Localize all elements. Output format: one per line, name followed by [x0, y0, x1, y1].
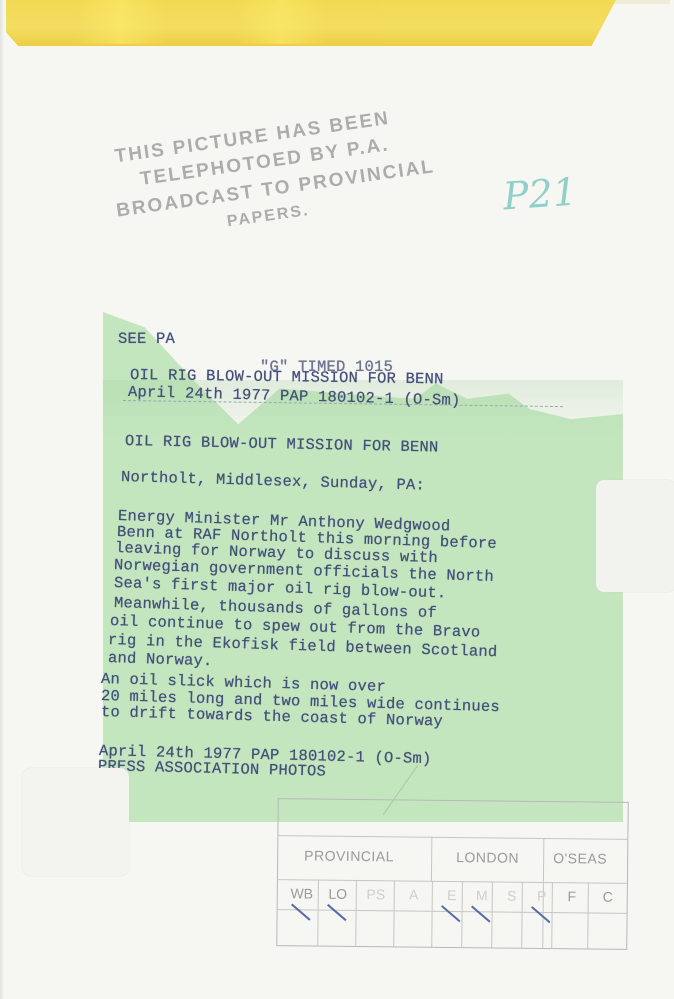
table-divider [587, 882, 589, 948]
check-mark-icon [327, 904, 347, 921]
check-mark-icon [441, 905, 461, 922]
table-rule [278, 835, 627, 840]
check-mark-icon [291, 904, 311, 921]
group-london: LONDON [456, 849, 519, 866]
table-divider [551, 882, 553, 948]
column-wb: WB [284, 885, 320, 901]
table-divider [521, 882, 523, 948]
photo-back-edge [0, 0, 4, 999]
table-divider [355, 880, 357, 946]
group-overseas: O'SEAS [553, 850, 607, 867]
yellow-tape [6, 0, 616, 46]
telephoto-stamp: THIS PICTURE HAS BEEN TELEPHOTOED BY P.A… [100, 61, 458, 257]
tape-highlight [236, 0, 326, 44]
column-ps: PS [358, 886, 394, 902]
tape-highlight [76, 0, 166, 44]
table-divider [431, 881, 433, 947]
column-f: F [554, 888, 590, 904]
check-mark-icon [471, 905, 491, 922]
check-mark-icon [531, 906, 551, 923]
adhesive-label [22, 768, 129, 876]
table-divider [317, 880, 319, 946]
table-divider [393, 880, 395, 946]
stamp-line: PAPERS. [226, 202, 311, 231]
adhesive-label [596, 480, 674, 592]
table-rule [278, 879, 627, 884]
column-lo: LO [320, 886, 356, 902]
group-provincial: PROVINCIAL [304, 847, 394, 864]
column-c: C [590, 888, 626, 904]
table-divider [461, 881, 463, 947]
handwritten-note: P21 [502, 169, 579, 218]
table-divider [431, 837, 432, 881]
distribution-table: PROVINCIAL LONDON O'SEAS WBLOPSAEMSPFC [276, 798, 629, 950]
body-line: and Norway. [108, 649, 213, 670]
column-a: A [396, 886, 432, 902]
torn-header-line: SEE PA [118, 330, 175, 348]
table-divider [491, 881, 493, 947]
